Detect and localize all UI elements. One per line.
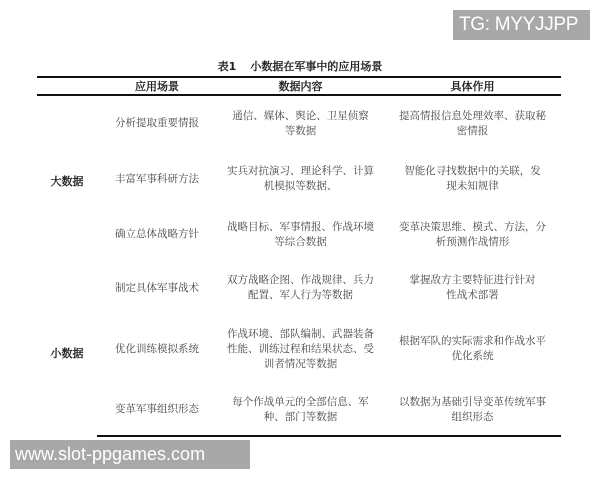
scenario-cell: 分析提取重要情报 xyxy=(97,95,217,151)
scenario-cell: 优化训练模拟系统 xyxy=(97,314,217,384)
table-caption-title: 小数据在军事中的应用场景 xyxy=(250,60,382,73)
header-content: 数据内容 xyxy=(217,77,384,95)
header-category xyxy=(37,77,97,95)
effect-cell: 掌握敌方主要特征进行针对性战术部署 xyxy=(384,262,561,314)
content-cell: 作战环境、部队编制、武器装备性能、训练过程和结果状态、受训者情况等数据 xyxy=(217,314,384,384)
content-cell: 双方战略企图、作战规律、兵力配置、军人行为等数据 xyxy=(217,262,384,314)
scenario-cell: 制定具体军事战术 xyxy=(97,262,217,314)
table-row: 丰富军事科研方法 实兵对抗演习、理论科学、计算机模拟等数据、 智能化寻找数据中的… xyxy=(37,151,561,207)
effect-cell: 智能化寻找数据中的关联，发现未知规律 xyxy=(384,151,561,207)
effect-cell: 以数据为基础引导变革传统军事组织形态 xyxy=(384,384,561,436)
category-small-data: 小数据 xyxy=(37,262,97,436)
table-caption: 表1小数据在军事中的应用场景 xyxy=(0,58,600,74)
table-row: 确立总体战略方针 战略目标、军事情报、作战环境等综合数据 变革决策思维、模式、方… xyxy=(37,207,561,262)
content-cell: 通信、媒体、舆论、卫星侦察等数据 xyxy=(217,95,384,151)
table-header-row: 应用场景 数据内容 具体作用 xyxy=(37,77,561,95)
scenario-cell: 变革军事组织形态 xyxy=(97,384,217,436)
content-cell: 战略目标、军事情报、作战环境等综合数据 xyxy=(217,207,384,262)
effect-cell: 变革决策思维、模式、方法，分析预测作战情形 xyxy=(384,207,561,262)
category-big-data: 大数据 xyxy=(37,95,97,262)
table-row: 优化训练模拟系统 作战环境、部队编制、武器装备性能、训练过程和结果状态、受训者情… xyxy=(37,314,561,384)
scenario-cell: 确立总体战略方针 xyxy=(97,207,217,262)
scenario-cell: 丰富军事科研方法 xyxy=(97,151,217,207)
header-effect: 具体作用 xyxy=(384,77,561,95)
scenario-table: 应用场景 数据内容 具体作用 大数据 分析提取重要情报 通信、媒体、舆论、卫星侦… xyxy=(37,76,561,437)
table-caption-number: 表1 xyxy=(218,60,237,73)
table-row: 变革军事组织形态 每个作战单元的全部信息、军种、部门等数据 以数据为基础引导变革… xyxy=(37,384,561,436)
table-row: 大数据 分析提取重要情报 通信、媒体、舆论、卫星侦察等数据 提高情报信息处理效率… xyxy=(37,95,561,151)
content-cell: 实兵对抗演习、理论科学、计算机模拟等数据、 xyxy=(217,151,384,207)
watermark-url: www.slot-ppgames.com xyxy=(10,440,250,469)
header-scenario: 应用场景 xyxy=(97,77,217,95)
watermark-tg: TG: MYYJJPP xyxy=(453,10,590,40)
effect-cell: 提高情报信息处理效率、获取秘密情报 xyxy=(384,95,561,151)
content-cell: 每个作战单元的全部信息、军种、部门等数据 xyxy=(217,384,384,436)
effect-cell: 根据军队的实际需求和作战水平优化系统 xyxy=(384,314,561,384)
table-row: 小数据 制定具体军事战术 双方战略企图、作战规律、兵力配置、军人行为等数据 掌握… xyxy=(37,262,561,314)
